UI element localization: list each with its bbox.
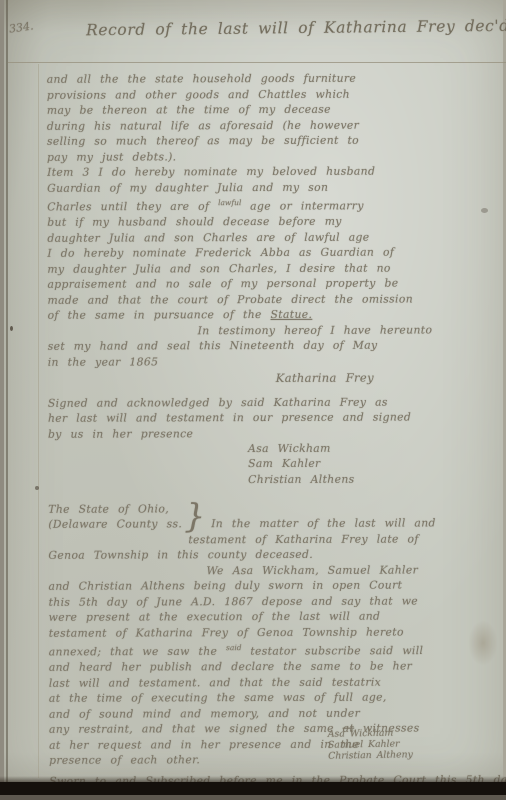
probate-line: this 5th day of June A.D. 1867 depose an… [49,593,481,610]
matter-line: testament of Katharina Frey late of [188,531,480,548]
probate-line: at the time of executing the same was of… [49,690,481,707]
probate-line: and Christian Althens being duly sworn i… [48,577,480,594]
document-body: and all the the state household goods fu… [47,70,482,800]
probate-line: testament of Katharina Frey of Genoa Tow… [49,624,481,641]
probate-line: and of sound mind and memory, and not un… [49,705,481,722]
inserted-word: lawful [218,198,241,207]
ink-spot [481,208,488,213]
witness-name: Asa Wickham [248,440,480,456]
ink-spot [10,326,13,331]
state-label: The State of Ohio, [48,501,182,517]
attestation-line: her last will and testament in our prese… [48,409,480,426]
will-line: I do hereby nominate Frederick Abba as G… [47,244,479,261]
testimony-line: set my hand and seal this Nineteenth day… [48,337,480,354]
probate-line-with-insertion: annexed; that we saw the said testator s… [49,639,481,660]
probate-line: We Asa Wickham, Samuel Kahler [206,562,480,578]
line-text: any restraint, and that we signed the sa… [49,722,343,736]
will-line: daughter Julia and son Charles are of la… [47,229,479,246]
will-line: Item 3 I do hereby nominate my beloved h… [47,163,479,180]
line-text: of the same in pursuance of the [48,308,271,322]
line-text: Charles until they are of [47,200,218,214]
margin-line [38,64,39,778]
line-text: annexed; that we saw the [49,645,226,659]
witness-name: Sam Kahler [248,456,480,472]
page-left-edge-line [6,0,8,782]
will-line: and all the the state household goods fu… [47,70,479,87]
book-edge-dark [0,782,506,795]
ink-spot [35,486,39,490]
will-line: but if my husband should decease before … [47,213,479,230]
page-title: Record of the last will of Katharina Fre… [86,17,506,40]
venue-caption: The State of Ohio, (Delaware County ss. … [48,500,480,533]
title-rule [8,62,506,63]
will-line-with-underline: of the same in pursuance of the Statue. [48,306,480,323]
line-text: age or intermarry [241,199,363,212]
witness-signature: Christian Altheny [328,750,413,762]
paper-stain [468,620,498,666]
attestation-line: by us in her presence [48,425,480,442]
will-line: provisions and other goods and Chattles … [47,86,479,103]
page-left-edge [0,0,4,800]
probate-line-with-strike: any restraint, and that we signed the sa… [49,721,481,738]
county-label: (Delaware County ss. [48,516,182,532]
will-line: selling so much thereof as may be suffic… [47,132,479,149]
probate-line: were present at the execution of the las… [49,608,481,625]
brace-glyph: } [184,501,205,531]
document-scan: 334. Record of the last will of Katharin… [0,0,506,800]
underlined-word: Statue. [271,308,313,321]
line-text: testator subscribe said will [242,644,424,658]
probate-line: and heard her publish and declare the sa… [49,659,481,676]
matter-line: Genoa Township in this county deceased. [48,546,480,563]
attestation-line: Signed and acknowledged by said Katharin… [48,394,480,411]
inserted-word: said [226,643,242,652]
probate-line: last will and testament. and that the sa… [49,674,481,691]
will-line: may be thereon at the time of my decease [47,101,479,118]
testimony-line: in the year 1865 [48,353,480,370]
will-line-with-insertion: Charles until they are of lawful age or … [47,194,479,215]
matter-line: In the matter of the last will and [211,515,436,531]
will-line: appraisement and no sale of my personal … [47,275,479,292]
will-line: during his natural life as aforesaid (he… [47,117,479,134]
will-line: my daughter Julia and son Charles, I des… [47,260,479,277]
witness-name: Christian Althens [248,471,480,487]
will-line: pay my just debts.). [47,148,479,165]
testimony-line: In testimony hereof I have hereunto [198,322,480,338]
will-line: Guardian of my daughter Julia and my son [47,179,479,196]
probate-line: presence of each other. [49,752,481,769]
will-line: made and that the court of Probate direc… [47,291,479,308]
probate-line: at her request and in her presence and i… [49,736,481,753]
witness-signature-block: Asa Wickham Samuel Kahler Christian Alth… [328,728,413,762]
testator-signature: Katharina Frey [276,370,480,386]
book-edge-light [0,795,506,800]
page-number: 334. [8,19,34,35]
